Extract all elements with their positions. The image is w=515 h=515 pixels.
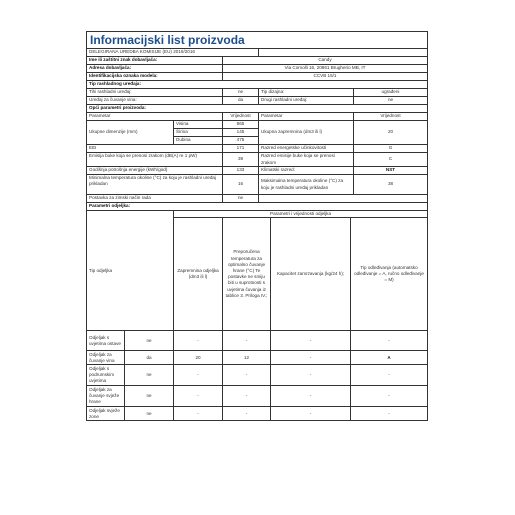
compartment-volume: - <box>174 365 223 386</box>
depth-label: Dubina <box>174 137 223 145</box>
design-type-label: Tip dizajna: <box>259 89 354 97</box>
annual-energy-value: 133 <box>223 167 259 175</box>
compartment-defrost: - <box>351 365 428 386</box>
general-table: Informacijski list proizvoda DELEGIRANA … <box>86 31 428 211</box>
max-temp-value: 38 <box>354 175 428 195</box>
table-row: Odjeljak za čuvanje vina da 20 12 - A <box>87 351 428 365</box>
wine-storage-value: da <box>223 97 259 105</box>
compartment-table: Tip odjeljka Parametri i vrijednosti odj… <box>86 210 428 421</box>
other-appliance-label: Drugi rashladni uređaj: <box>259 97 354 105</box>
winter-mode-value: ne <box>223 195 259 203</box>
width-label: Širina <box>174 129 223 137</box>
noise-class-label: Razred emisije buke koja se prenosi zrak… <box>259 153 354 167</box>
compartment-volume: - <box>174 331 223 351</box>
total-volume-label: Ukupna zapremnina (dm3 ili l) <box>259 121 354 145</box>
winter-mode-label: Postavka za zimski način rada <box>87 195 223 203</box>
compartment-freeze: - <box>271 351 351 365</box>
compartment-temp: - <box>223 407 271 421</box>
wine-storage-label: Uređaj za čuvanje vina: <box>87 97 223 105</box>
compartment-volume: - <box>174 407 223 421</box>
noise-class-value: C <box>354 153 428 167</box>
climate-class-label: Klimatski razred: <box>259 167 354 175</box>
depth-value: 475 <box>223 137 259 145</box>
supplier-address-value: Via Comolli 16, 20861 Brugherio MB, IT <box>223 65 428 73</box>
height-label: Visina <box>174 121 223 129</box>
compartment-volume: 20 <box>174 351 223 365</box>
total-volume-value: 20 <box>354 121 428 145</box>
min-temp-value: 16 <box>223 175 259 195</box>
dimensions-label: Ukupne dimenzije (mm) <box>87 121 174 145</box>
supplier-name-value: Candy <box>223 57 428 65</box>
compartment-defrost: - <box>351 386 428 407</box>
compartment-freeze: - <box>271 331 351 351</box>
general-params-heading: Opći parametri proizvoda: <box>87 105 428 113</box>
compartment-present: ne <box>125 407 174 421</box>
value-header-2: Vrijednost <box>354 113 428 121</box>
eei-label: EEI <box>87 145 223 153</box>
compartment-present: da <box>125 351 174 365</box>
compartment-present: ne <box>125 386 174 407</box>
low-noise-value: ne <box>223 89 259 97</box>
low-noise-label: Tihi rashladni uređaj: <box>87 89 223 97</box>
model-id-label: Identifikacijska oznaka modela: <box>87 73 223 81</box>
table-row: Odjeljak svježe zone ne - - - - <box>87 407 428 421</box>
volume-column-header: Zapremnina odjeljka (dm3 ili l) <box>174 218 223 331</box>
product-information-sheet: Informacijski list proizvoda DELEGIRANA … <box>86 31 427 421</box>
compartment-name: Odjeljak s podrumskim uvjetima <box>87 365 125 386</box>
supplier-name-label: Ime ili zaštitni znak dobavljača: <box>87 57 223 65</box>
compartment-volume: - <box>174 386 223 407</box>
compartment-values-header: Parametri i vrijednosti odjeljka <box>174 211 428 218</box>
table-row: Odjeljak s podrumskim uvjetima ne - - - … <box>87 365 428 386</box>
energy-class-value: G <box>354 145 428 153</box>
compartment-temp: - <box>223 331 271 351</box>
noise-emission-value: 39 <box>223 153 259 167</box>
min-temp-label: Minimalna temperatura okoline (°C) za ko… <box>87 175 223 195</box>
freezing-capacity-column-header: Kapacitet zamrzavanja (kg/24 h); <box>271 218 351 331</box>
compartment-defrost: - <box>351 407 428 421</box>
appliance-type-heading: Tip rashladnog uređaja: <box>87 81 428 89</box>
height-value: 865 <box>223 121 259 129</box>
compartment-present: ne <box>125 365 174 386</box>
model-id-value: CCVB 15/1 <box>223 73 428 81</box>
eei-value: 171 <box>223 145 259 153</box>
page-title: Informacijski list proizvoda <box>87 32 428 49</box>
param-header-2: Parametar <box>259 113 354 121</box>
compartment-name: Odjeljak za čuvanje svježe hrane <box>87 386 125 407</box>
compartment-temp: - <box>223 386 271 407</box>
max-temp-label: Maksimalna temperatura okoline (°C) za k… <box>259 175 354 195</box>
energy-class-label: Razred energetske učinkovitosti <box>259 145 354 153</box>
compartment-present: ne <box>125 331 174 351</box>
width-value: 145 <box>223 129 259 137</box>
supplier-address-label: Adresa dobavljača: <box>87 65 223 73</box>
other-appliance-value: ne <box>354 97 428 105</box>
compartment-freeze: - <box>271 365 351 386</box>
compartment-temp: 12 <box>223 351 271 365</box>
compartment-name: Odjeljak s uvjetima ostave <box>87 331 125 351</box>
temperature-column-header: Preporučena temperatura za optimalno čuv… <box>223 218 271 331</box>
compartment-freeze: - <box>271 386 351 407</box>
compartment-temp: - <box>223 365 271 386</box>
annual-energy-label: Godišnja potrošnja energije (kWh/god) <box>87 167 223 175</box>
compartment-defrost: A <box>351 351 428 365</box>
table-row: Odjeljak s uvjetima ostave ne - - - - <box>87 331 428 351</box>
design-type-value: ugrađeni <box>354 89 428 97</box>
compartment-defrost: - <box>351 331 428 351</box>
regulation-reference: DELEGIRANA UREDBA KOMISIJE (EU) 2019/201… <box>87 49 259 57</box>
noise-emission-label: Emisija buke koja se prenosi zrakom (dB(… <box>87 153 223 167</box>
table-row: Odjeljak za čuvanje svježe hrane ne - - … <box>87 386 428 407</box>
compartment-type-header: Tip odjeljka <box>87 211 174 331</box>
value-header: Vrijednost <box>223 113 259 121</box>
compartment-name: Odjeljak svježe zone <box>87 407 125 421</box>
compartment-freeze: - <box>271 407 351 421</box>
param-header: Parametar <box>87 113 223 121</box>
climate-class-value: NST <box>354 167 428 175</box>
compartment-name: Odjeljak za čuvanje vina <box>87 351 125 365</box>
defrost-type-column-header: Tip odleđivanja (automatsko odleđivanje … <box>351 218 428 331</box>
